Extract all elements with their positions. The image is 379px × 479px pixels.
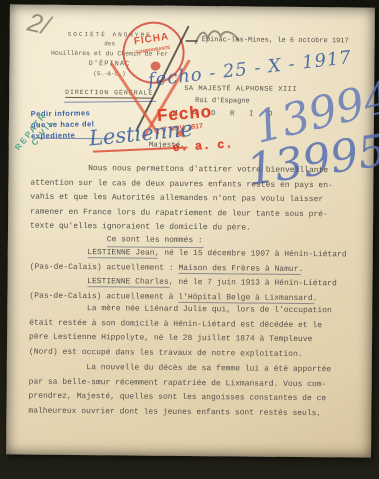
photographed-letter: 2/ SOCIÉTÉ ANONYME des Houillères et du … <box>0 0 379 479</box>
ficha-stamp-line2: COMPROBANTE <box>135 45 171 55</box>
pencil-dash <box>186 40 198 42</box>
recipient-majesty: SA MAJESTÉ ALPHONSE XIII <box>184 85 297 94</box>
body-paragraph-5: La nouvelle du décès de sa femme lui a é… <box>28 361 331 422</box>
body-paragraph-1: Nous nous permettons d'attirer votre bie… <box>30 162 333 237</box>
body-paragraph-4: La mère née Liénard Julie qui, lors de l… <box>29 302 332 363</box>
direction-underline-mark <box>64 101 156 103</box>
letter-paper: 2/ SOCIÉTÉ ANONYME des Houillères et du … <box>6 4 375 457</box>
body-nominees-line: Ce sont les nommés : <box>30 235 203 246</box>
dateline: Épinac-les-Mines, le 6 octobre 1917 <box>202 36 349 45</box>
ficha-stamp-line1: FICHA <box>122 30 181 49</box>
letterhead-direction: DIRECTION GÉNÉRALE <box>65 89 153 99</box>
